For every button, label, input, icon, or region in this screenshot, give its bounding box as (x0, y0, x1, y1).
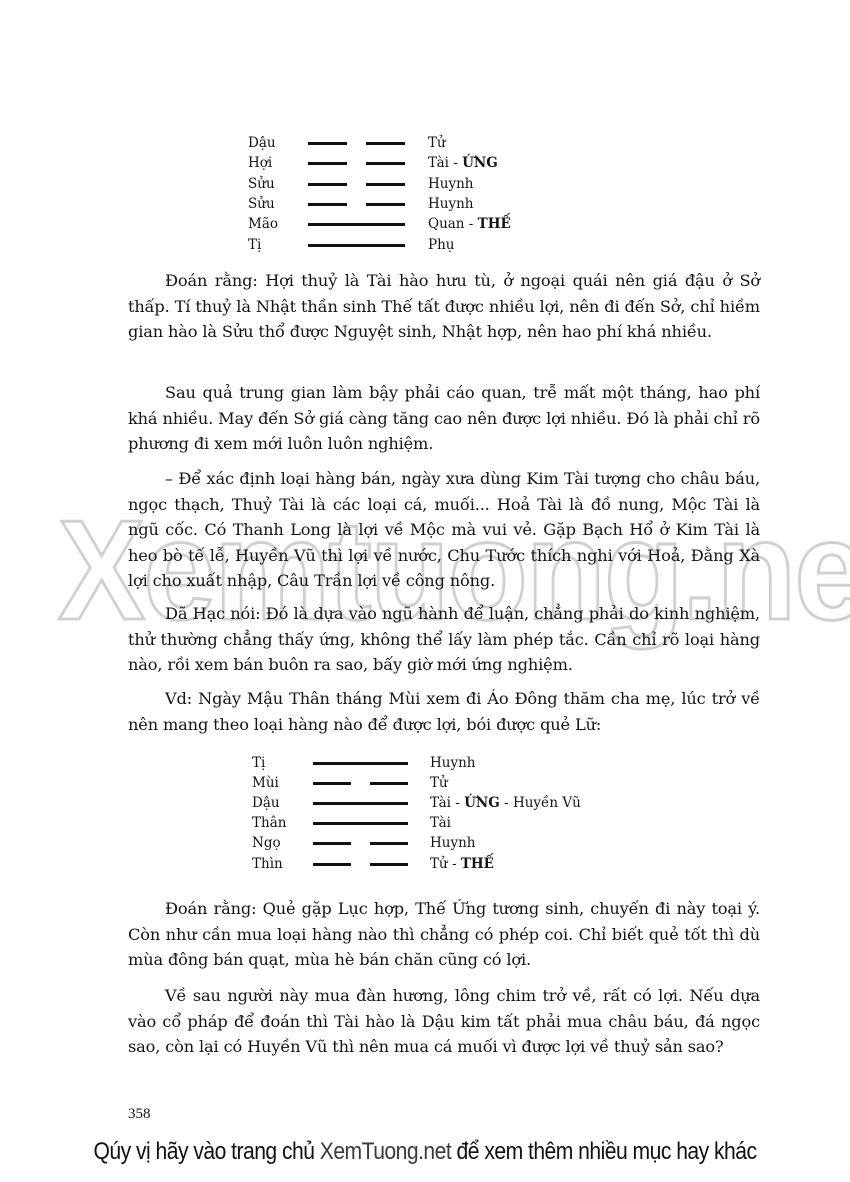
solid-line (308, 223, 405, 226)
site-footer-banner: Qúy vị hãy vào trang chủ XemTuong.net để… (51, 1138, 799, 1166)
page-number: 358 (128, 1106, 151, 1123)
relation-suffix: - Huyền Vũ (500, 795, 581, 811)
relation-label: Tài (430, 813, 451, 833)
branch-label: Sửu (248, 174, 275, 194)
broken-line-left (308, 142, 347, 145)
branch-label: Dậu (252, 793, 280, 813)
solid-line (308, 244, 405, 247)
relation-label: Tài - ỨNG (428, 153, 498, 173)
broken-line-right (370, 782, 408, 785)
book-page: Xemtuong.net Dậu Tử Hợi Tài - ỨNG Sửu Hu… (0, 0, 850, 1182)
hexagram-row: Tị Phụ (248, 235, 648, 255)
broken-line-right (366, 183, 405, 186)
footer-text-after: để xem thêm nhiều mục hay khác (451, 1138, 756, 1165)
solid-line (313, 762, 408, 765)
relation-text: Huynh (428, 196, 473, 212)
broken-line-left (313, 782, 351, 785)
hexagram-row: Tị Huynh (252, 753, 652, 773)
hexagram-row: Dậu Tài - ỨNG - Huyền Vũ (252, 793, 652, 813)
branch-label: Mùi (252, 773, 279, 793)
relation-tag: THẾ (461, 856, 494, 872)
relation-tag: ỨNG (464, 795, 500, 811)
relation-text: Huynh (430, 755, 475, 771)
broken-line-left (308, 203, 347, 206)
hexagram-row: Dậu Tử (248, 133, 648, 153)
branch-label: Thìn (252, 854, 283, 874)
hexagram-row: Sửu Huynh (248, 174, 648, 194)
branch-label: Tị (252, 753, 265, 773)
relation-label: Huynh (428, 194, 473, 214)
hexagram-row: Hợi Tài - ỨNG (248, 153, 648, 173)
relation-text: Tài (430, 815, 451, 831)
paragraph: – Để xác định loại hàng bán, ngày xưa dù… (128, 466, 760, 594)
broken-line-right (366, 162, 405, 165)
broken-line-left (308, 162, 347, 165)
broken-line-right (366, 142, 405, 145)
branch-label: Mão (248, 214, 278, 234)
hexagram-row: Mão Quan - THẾ (248, 214, 648, 234)
hexagram-row: Ngọ Huynh (252, 833, 652, 853)
paragraph: Đoán rằng: Quẻ gặp Lục hợp, Thế Ứng tươn… (128, 896, 760, 973)
relation-text: Tử (428, 135, 446, 151)
branch-label: Tị (248, 235, 261, 255)
relation-text: Tài - (430, 795, 464, 811)
relation-text: Quan - (428, 216, 478, 232)
paragraph: Đoán rằng: Hợi thuỷ là Tài hào hưu tù, ở… (128, 268, 760, 345)
relation-label: Huynh (430, 753, 475, 773)
solid-line (313, 802, 408, 805)
broken-line-right (366, 203, 405, 206)
paragraph: Vd: Ngày Mậu Thân tháng Mùi xem đi Áo Đô… (128, 686, 760, 737)
solid-line (313, 822, 408, 825)
footer-brand-link[interactable]: XemTuong.net (320, 1138, 451, 1165)
footer-text-before: Qúy vị hãy vào trang chủ (93, 1138, 319, 1165)
hexagram-row: Thìn Tử - THẾ (252, 854, 652, 874)
broken-line-left (308, 183, 347, 186)
branch-label: Ngọ (252, 833, 281, 853)
paragraph: Sau quả trung gian làm bậy phải cáo quan… (128, 380, 760, 457)
relation-label: Phụ (428, 235, 454, 255)
relation-tag: THẾ (478, 216, 511, 232)
hexagram-row: Thân Tài (252, 813, 652, 833)
broken-line-right (370, 863, 408, 866)
relation-label: Huynh (430, 833, 475, 853)
broken-line-left (313, 842, 351, 845)
relation-label: Tử (430, 773, 448, 793)
branch-label: Hợi (248, 153, 272, 173)
relation-text: Tử (430, 775, 448, 791)
relation-text: Tài - (428, 155, 462, 171)
hexagram-row: Mùi Tử (252, 773, 652, 793)
broken-line-right (370, 842, 408, 845)
relation-text: Phụ (428, 237, 454, 253)
branch-label: Sửu (248, 194, 275, 214)
relation-text: Huynh (428, 176, 473, 192)
relation-text: Huynh (430, 835, 475, 851)
paragraph: Về sau người này mua đàn hương, lông chi… (128, 983, 760, 1060)
broken-line-left (313, 863, 351, 866)
relation-tag: ỨNG (462, 155, 498, 171)
branch-label: Dậu (248, 133, 276, 153)
relation-label: Quan - THẾ (428, 214, 511, 234)
relation-label: Tử (428, 133, 446, 153)
relation-label: Tài - ỨNG - Huyền Vũ (430, 793, 581, 813)
relation-text: Tử - (430, 856, 461, 872)
hexagram-row: Sửu Huynh (248, 194, 648, 214)
relation-label: Huynh (428, 174, 473, 194)
paragraph: Dã Hạc nói: Đó là dựa vào ngũ hành để lu… (128, 601, 760, 678)
branch-label: Thân (252, 813, 286, 833)
relation-label: Tử - THẾ (430, 854, 494, 874)
